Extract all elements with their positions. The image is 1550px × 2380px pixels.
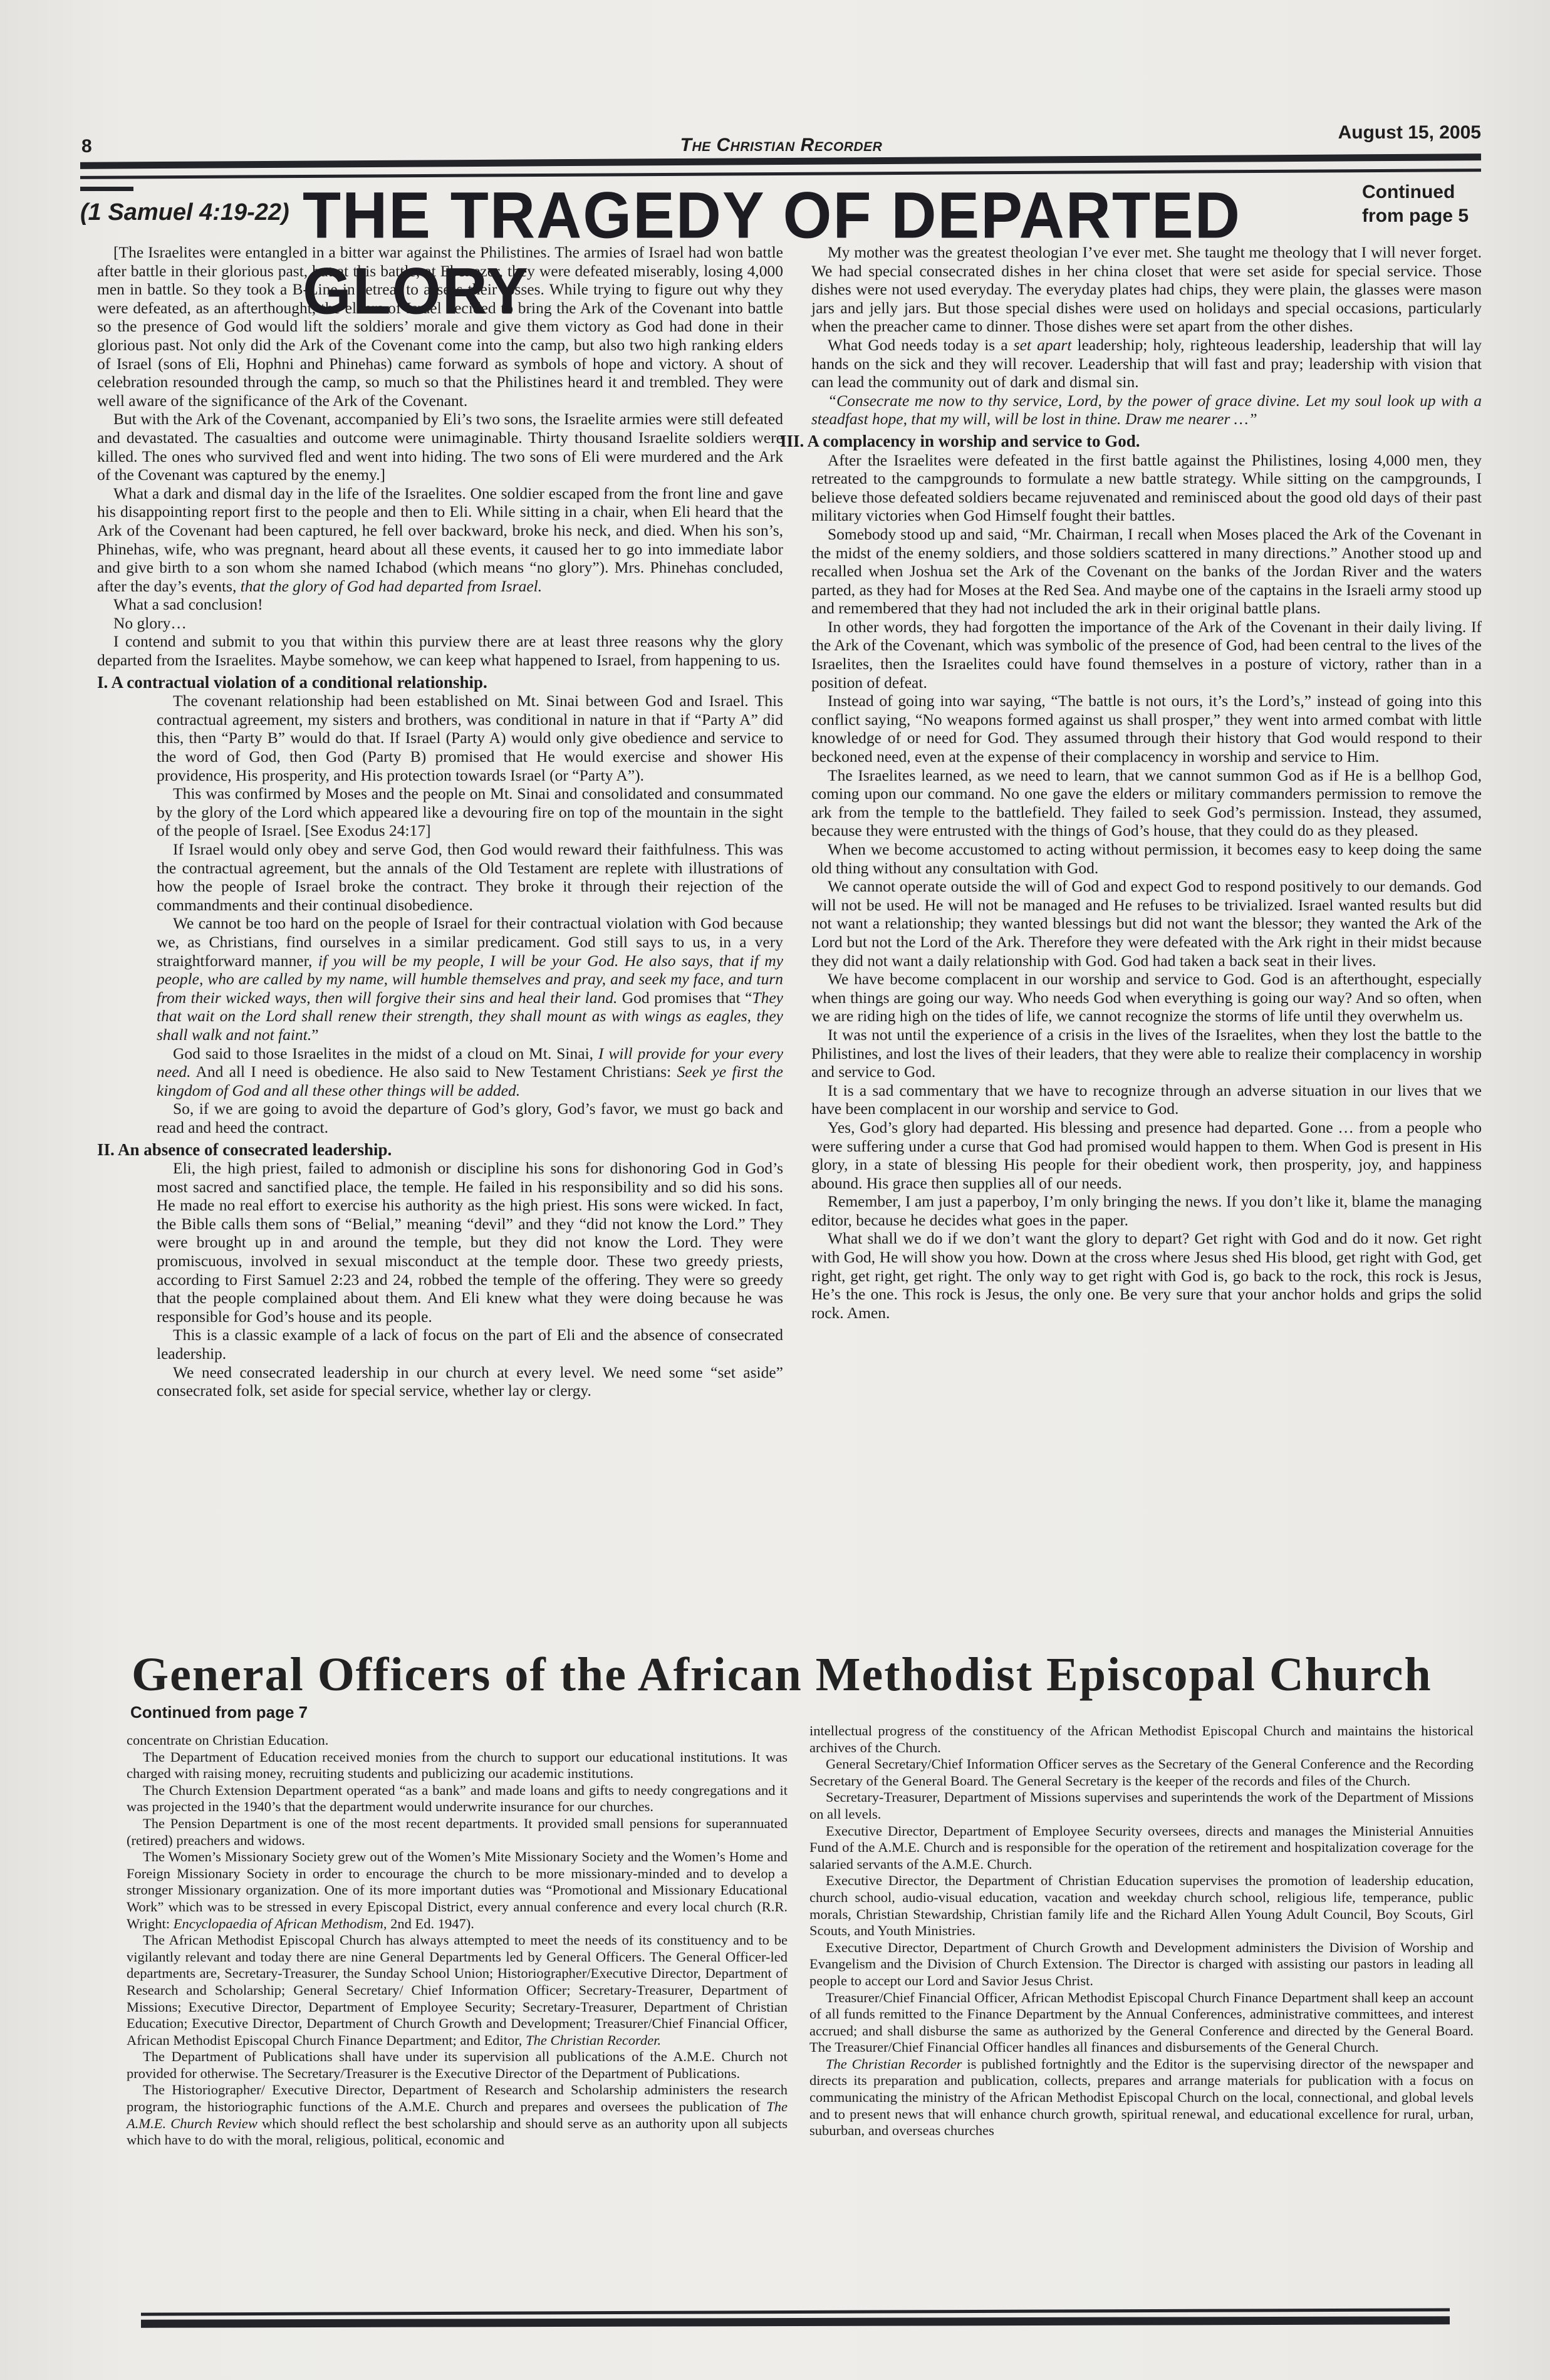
section-heading: III. A complacency in worship and servic… xyxy=(780,432,1482,451)
paragraph: What a sad conclusion! xyxy=(97,595,783,614)
paragraph: The Israelites learned, as we need to le… xyxy=(811,766,1482,840)
scripture-reference: (1 Samuel 4:19-22) xyxy=(80,199,289,226)
paragraph: It is a sad commentary that we have to r… xyxy=(811,1081,1482,1118)
paragraph: What shall we do if we don’t want the gl… xyxy=(811,1229,1482,1322)
paragraph: The Christian Recorder is published fort… xyxy=(809,2056,1474,2139)
paragraph: General Secretary/Chief Information Offi… xyxy=(809,1756,1474,1789)
paragraph: The covenant relationship had been estab… xyxy=(157,692,783,784)
paragraph: This was confirmed by Moses and the peop… xyxy=(157,784,783,840)
paragraph: I contend and submit to you that within … xyxy=(97,632,783,669)
publication-name: The Christian Recorder xyxy=(81,135,1481,156)
footer-rule-thin xyxy=(141,2308,1450,2315)
headline-rule xyxy=(80,187,133,191)
section-body: Eli, the high priest, failed to admonish… xyxy=(97,1159,783,1400)
paragraph: We have become complacent in our worship… xyxy=(811,970,1482,1026)
paragraph: The Department of Education received mon… xyxy=(127,1749,788,1782)
section-heading: II. An absence of consecrated leadership… xyxy=(97,1141,783,1160)
paragraph: My mother was the greatest theologian I’… xyxy=(811,243,1482,336)
paragraph: But with the Ark of the Covenant, accomp… xyxy=(97,410,783,484)
paragraph: What a dark and dismal day in the life o… xyxy=(97,484,783,596)
article2-column-left: concentrate on Christian Education. The … xyxy=(127,1732,788,2149)
paragraph: God said to those Israelites in the mids… xyxy=(157,1044,783,1100)
article2-column-right: intellectual progress of the constituenc… xyxy=(809,1723,1474,2139)
paragraph: intellectual progress of the constituenc… xyxy=(809,1723,1474,1756)
paragraph: In other words, they had forgotten the i… xyxy=(811,618,1482,692)
paragraph: We cannot operate outside the will of Go… xyxy=(811,877,1482,970)
article2-headline: General Officers of the African Methodis… xyxy=(132,1648,1432,1702)
paragraph: Yes, God’s glory had departed. His bless… xyxy=(811,1118,1482,1192)
continued-from-label: Continued from page 7 xyxy=(130,1703,308,1722)
paragraph: When we become accustomed to acting with… xyxy=(811,840,1482,877)
paragraph: The Historiographer/ Executive Director,… xyxy=(127,2082,788,2148)
paragraph: It was not until the experience of a cri… xyxy=(811,1026,1482,1081)
continued-from-label: Continued from page 5 xyxy=(1362,180,1481,228)
paragraph: Instead of going into war saying, “The b… xyxy=(811,692,1482,766)
paragraph: The Pension Department is one of the mos… xyxy=(127,1816,788,1849)
paragraph: No glory… xyxy=(97,614,783,633)
paragraph: Eli, the high priest, failed to admonish… xyxy=(157,1159,783,1326)
issue-date: August 15, 2005 xyxy=(1338,122,1481,143)
paragraph: Remember, I am just a paperboy, I’m only… xyxy=(811,1192,1482,1229)
paragraph: The African Methodist Episcopal Church h… xyxy=(127,1932,788,2049)
section-body: The covenant relationship had been estab… xyxy=(97,692,783,1136)
newspaper-page: 8 The Christian Recorder August 15, 2005… xyxy=(0,0,1550,2380)
paragraph: What God needs today is a set apart lead… xyxy=(811,336,1482,392)
paragraph: The Church Extension Department operated… xyxy=(127,1782,788,1816)
article-headline: (1 Samuel 4:19-22) THE TRAGEDY OF DEPART… xyxy=(80,182,1481,238)
paragraph: Secretary-Treasurer, Department of Missi… xyxy=(809,1789,1474,1822)
paragraph: Treasurer/Chief Financial Officer, Afric… xyxy=(809,1990,1474,2056)
paragraph: If Israel would only obey and serve God,… xyxy=(157,840,783,914)
paragraph: [The Israelites were entangled in a bitt… xyxy=(97,243,783,410)
paragraph: Executive Director, the Department of Ch… xyxy=(809,1873,1474,1939)
paragraph: This is a classic example of a lack of f… xyxy=(157,1326,783,1363)
article-column-left: [The Israelites were entangled in a bitt… xyxy=(97,243,783,1400)
section-heading: I. A contractual violation of a conditio… xyxy=(97,673,783,692)
paragraph: Executive Director, Department of Church… xyxy=(809,1940,1474,1990)
paragraph: We need consecrated leadership in our ch… xyxy=(157,1363,783,1400)
paragraph: So, if we are going to avoid the departu… xyxy=(157,1099,783,1136)
paragraph: We cannot be too hard on the people of I… xyxy=(157,914,783,1044)
paragraph: The Women’s Missionary Society grew out … xyxy=(127,1849,788,1932)
footer-rule-thick xyxy=(141,2316,1450,2327)
article-column-right: My mother was the greatest theologian I’… xyxy=(811,243,1482,1322)
paragraph: The Department of Publications shall hav… xyxy=(127,2049,788,2082)
paragraph: Somebody stood up and said, “Mr. Chairma… xyxy=(811,525,1482,618)
paragraph: After the Israelites were defeated in th… xyxy=(811,451,1482,525)
paragraph: concentrate on Christian Education. xyxy=(127,1732,788,1749)
hymn-quote: “Consecrate me now to thy service, Lord,… xyxy=(811,392,1482,429)
paragraph: Executive Director, Department of Employ… xyxy=(809,1823,1474,1873)
masthead: 8 The Christian Recorder August 15, 2005 xyxy=(81,122,1481,160)
